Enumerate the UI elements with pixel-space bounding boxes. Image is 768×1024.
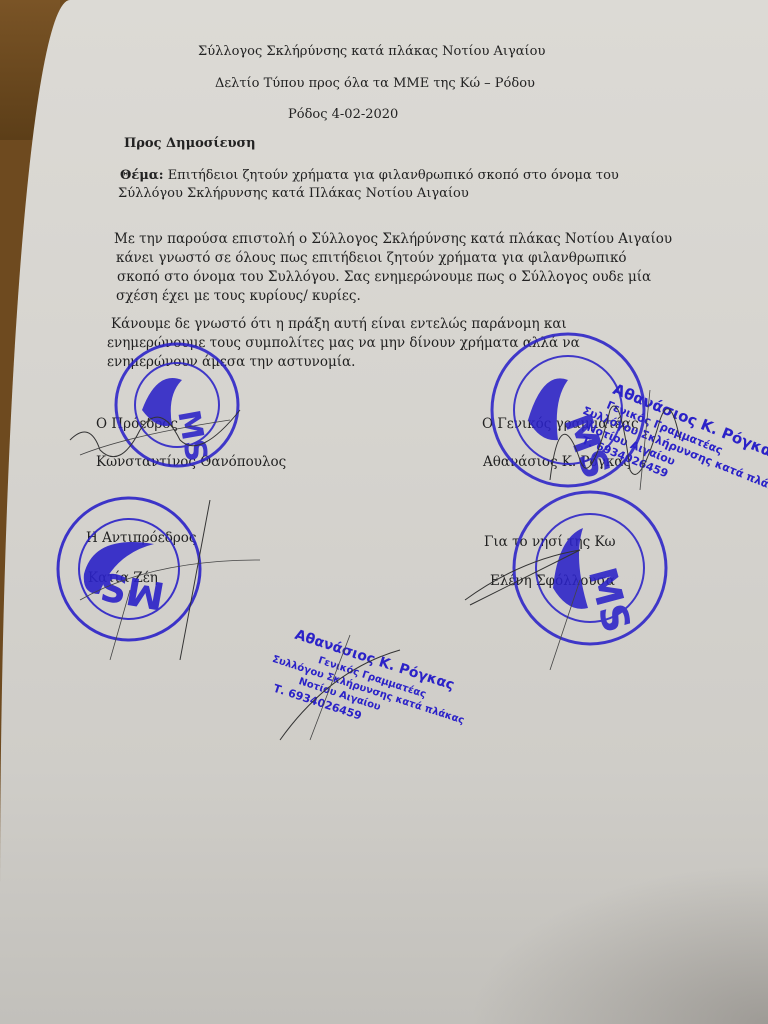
header-place-date: Ρόδος 4-02-2020 (288, 107, 398, 122)
signature-president (60, 380, 260, 480)
body-paragraph-1: Με την παρούσα επιστολή ο Σύλλογος Σκλήρ… (114, 230, 672, 306)
body-p1-line: σχέση έχει με τους κυρίους/ κυρίες. (116, 287, 672, 306)
signature-kos (460, 520, 660, 670)
subject-label: Θέμα: (120, 168, 164, 183)
signature-bottom (270, 630, 430, 750)
header-organization: Σύλλογος Σκλήρύνσης κατά πλάκας Νοτίου Α… (198, 44, 545, 59)
for-publication: Προς Δημοσίευση (124, 136, 256, 151)
body-p1-line: σκοπό στο όνομα του Συλλόγου. Σας ενημερ… (117, 268, 672, 287)
header-press-release: Δελτίο Τύπου προς όλα τα ΜΜΕ της Κώ – Ρό… (215, 76, 535, 91)
body-p1-line: κάνει γνωστό σε όλους πως επιτήδειοι ζητ… (116, 249, 672, 268)
subject-line1: Θέμα: Επιτήδειοι ζητούν χρήματα για φιλα… (120, 168, 619, 183)
subject-text-1: Επιτήδειοι ζητούν χρήματα για φιλανθρωπι… (168, 168, 619, 183)
body-p1-line: Με την παρούσα επιστολή ο Σύλλογος Σκλήρ… (114, 230, 672, 249)
signature-secretary (520, 380, 700, 500)
subject-line2: Σύλλόγου Σκλήρυνσης κατά Πλάκας Νοτίου Α… (118, 186, 469, 201)
shadow (468, 864, 768, 1024)
signature-vicepresident (60, 500, 280, 660)
